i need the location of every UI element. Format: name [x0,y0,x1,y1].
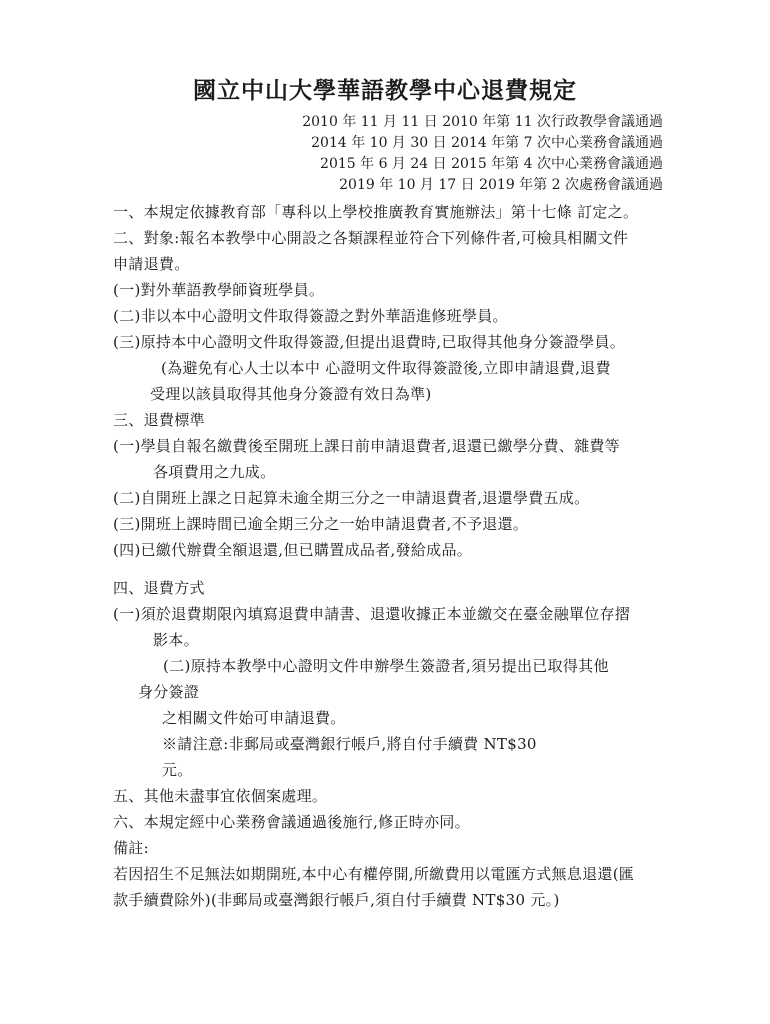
clause-2: 二、對象:報名本教學中心開設之各類課程並符合下列條件者,可檢具相關文件 [113,225,670,251]
document-page: 國立中山大學華語教學中心退費規定 2010 年 11 月 11 日 2010 年… [0,0,770,1024]
remark-heading: 備註: [113,835,670,861]
clause-4-item-1: (一)須於退費期限內填寫退費申請書、退還收據正本並繳交在臺金融單位存摺 [113,601,670,627]
clause-6: 六、本規定經中心業務會議通過後施行,修正時亦同。 [113,809,670,835]
clause-4-item-2: (二)原持本教學中心證明文件申辦學生簽證者,須另提出已取得其他 [163,653,670,679]
revision-date: 2019 年 10 月 17 日 2019 年第 2 次處務會議通過 [113,175,663,196]
clause-4-item-1-continuation: 影本。 [153,627,670,653]
clause-4-item-2-continuation-2: 之相關文件始可申請退費。 [162,705,670,731]
document-title: 國立中山大學華語教學中心退費規定 [113,74,657,108]
remark-text: 若因招生不足無法如期開班,本中心有權停開,所繳費用以電匯方式無息退還(匯 [113,861,670,887]
clause-3-item-1-continuation: 各項費用之九成。 [153,459,670,485]
clause-2-item-3: (三)原持本中心證明文件取得簽證,但提出退費時,已取得其他身分簽證學員。 [113,329,670,355]
clause-1: 一、本規定依據教育部「專科以上學校推廣教育實施辦法」第十七條 訂定之。 [113,199,670,225]
clause-3-item-4: (四)已繳代辦費全額退還,但已購置成品者,發給成品。 [113,537,670,563]
clause-2-continuation: 申請退費。 [113,251,670,277]
clause-3-item-3: (三)開班上課時間已逾全期三分之一始申請退費者,不予退還。 [113,511,670,537]
clause-5: 五、其他未盡事宜依個案處理。 [113,783,670,809]
clause-2-item-3-note: (為避免有心人士以本中 心證明文件取得簽證後,立即申請退費,退費 [161,355,670,381]
fee-notice: ※請注意:非郵局或臺灣銀行帳戶,將自付手續費 NT$30 [162,731,670,757]
revision-date: 2010 年 11 月 11 日 2010 年第 11 次行政教學會議通過 [113,112,663,133]
clause-3-item-1: (一)學員自報名繳費後至開班上課日前申請退費者,退還已繳學分費、雜費等 [113,433,670,459]
clause-3-item-2: (二)自開班上課之日起算未逾全期三分之一申請退費者,退還學費五成。 [113,485,670,511]
fee-notice-continuation: 元。 [162,757,670,783]
revision-date: 2014 年 10 月 30 日 2014 年第 7 次中心業務會議通過 [113,133,663,154]
clause-3: 三、退費標準 [113,407,670,433]
clause-4-item-2-continuation-1: 身分簽證 [138,679,670,705]
clause-2-item-2: (二)非以本中心證明文件取得簽證之對外華語進修班學員。 [113,303,670,329]
clause-2-item-1: (一)對外華語教學師資班學員。 [113,277,670,303]
remark-text-continuation: 款手續費除外)(非郵局或臺灣銀行帳戶,須自付手續費 NT$30 元。) [113,887,670,913]
revision-dates: 2010 年 11 月 11 日 2010 年第 11 次行政教學會議通過 20… [113,112,670,196]
document-body: 一、本規定依據教育部「專科以上學校推廣教育實施辦法」第十七條 訂定之。 二、對象… [113,199,670,913]
revision-date: 2015 年 6 月 24 日 2015 年第 4 次中心業務會議通過 [113,154,663,175]
document-content: 國立中山大學華語教學中心退費規定 2010 年 11 月 11 日 2010 年… [0,0,770,913]
clause-2-item-3-note-continuation: 受理以該員取得其他身分簽證有效日為準) [150,381,670,407]
clause-4: 四、退費方式 [113,575,670,601]
